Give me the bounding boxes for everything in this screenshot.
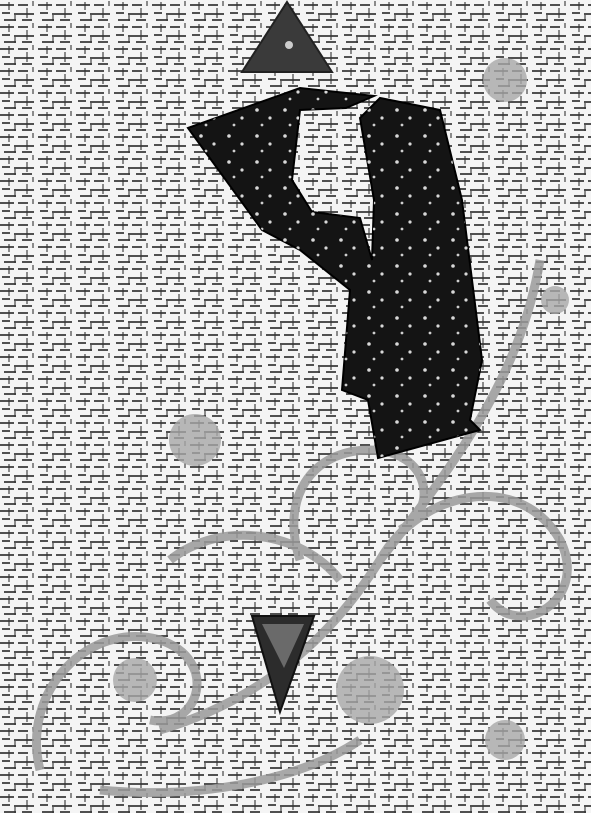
artwork-svg xyxy=(0,0,591,813)
artwork-canvas xyxy=(0,0,591,813)
triangle-eye xyxy=(285,41,293,49)
